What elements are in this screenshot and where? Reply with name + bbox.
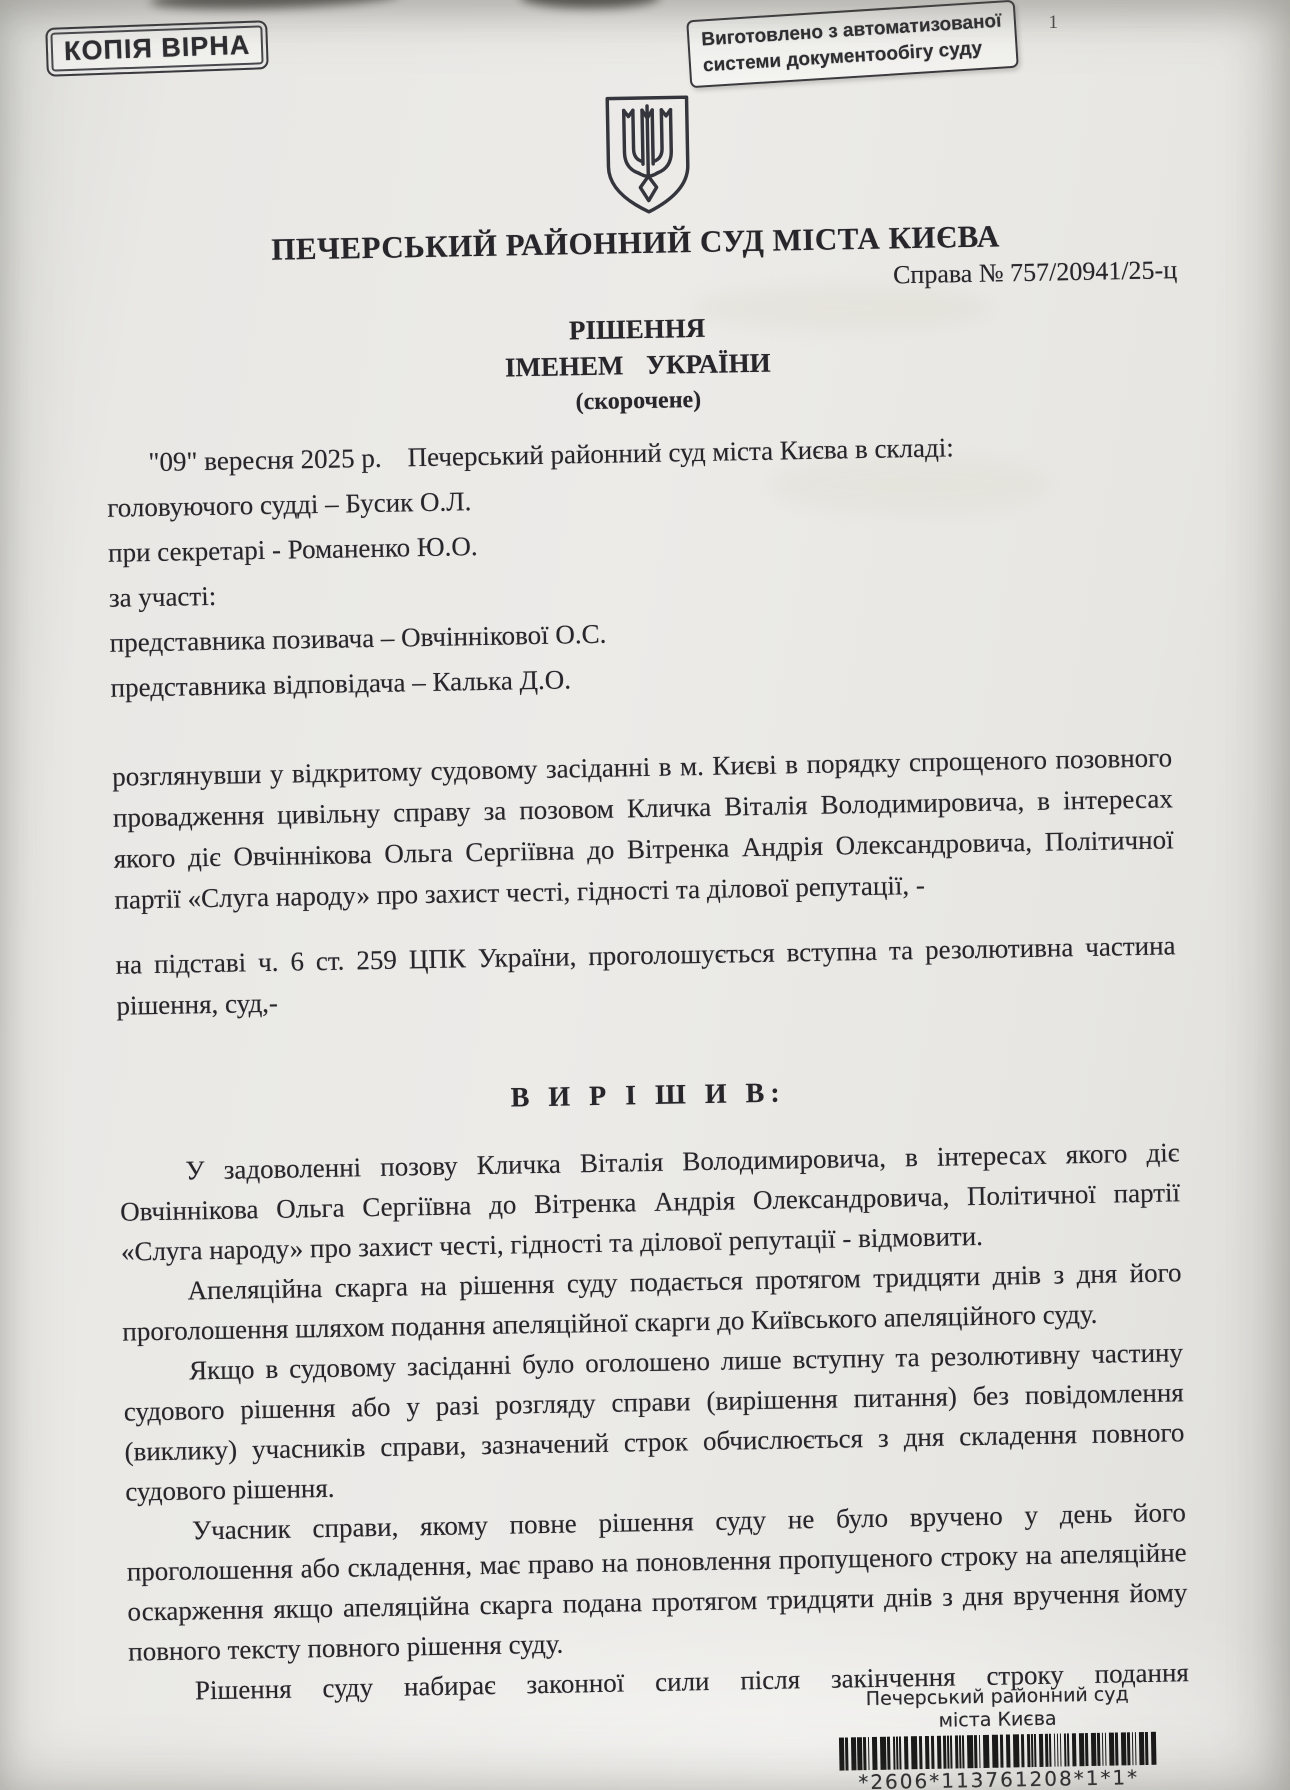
barcode-bar bbox=[1085, 1733, 1089, 1766]
barcode-bar bbox=[1121, 1732, 1126, 1765]
barcode-bar bbox=[1151, 1732, 1156, 1765]
document-title: РІШЕННЯ ІМЕНЕМ УКРАЇНИ (скорочене) bbox=[0, 299, 1284, 431]
barcode-bar bbox=[974, 1735, 978, 1768]
decided-heading: В И Р І Ш И В: bbox=[118, 1065, 1179, 1125]
barcode-bar bbox=[1104, 1733, 1106, 1766]
barcode-bar bbox=[1020, 1734, 1024, 1767]
decision-date: "09" вересня 2025 р. bbox=[148, 443, 382, 477]
barcode-bar bbox=[1064, 1733, 1066, 1766]
barcode-bar bbox=[1053, 1734, 1055, 1767]
barcode-bar bbox=[942, 1736, 946, 1769]
barcode-bar bbox=[899, 1736, 901, 1769]
barcode-bar bbox=[1127, 1732, 1131, 1765]
barcode-bar bbox=[936, 1736, 941, 1769]
barcode-bar bbox=[893, 1737, 895, 1770]
scanned-court-document-page: { "page": { "number": "1" }, "stamps": {… bbox=[0, 0, 1290, 1790]
decision-paragraph: Учасник справи, якому повне рішення суду… bbox=[126, 1492, 1189, 1671]
barcode-bar bbox=[1067, 1733, 1069, 1766]
barcode-bar bbox=[1049, 1734, 1051, 1767]
decision-paragraph: У задоволенні позову Кличка Віталія Воло… bbox=[119, 1132, 1181, 1271]
barcode-bar bbox=[896, 1737, 898, 1770]
barcode-bar bbox=[1026, 1734, 1030, 1767]
barcode-bar bbox=[1079, 1733, 1084, 1766]
barcode-bar bbox=[966, 1735, 973, 1768]
barcode-bar bbox=[999, 1735, 1003, 1768]
barcode-bar bbox=[863, 1737, 867, 1770]
barcode-bar bbox=[1131, 1732, 1133, 1765]
barcode-bar bbox=[1097, 1733, 1101, 1766]
barcode-bar bbox=[845, 1737, 849, 1770]
barcode-bar bbox=[1013, 1734, 1020, 1767]
document-content: ПЕЧЕРСЬКИЙ РАЙОННИЙ СУД МІСТА КИЄВА Спра… bbox=[0, 0, 1290, 1714]
barcode-bar bbox=[947, 1736, 949, 1769]
barcode-bar bbox=[1109, 1733, 1114, 1766]
barcode-bar bbox=[1034, 1734, 1036, 1767]
barcode-bar bbox=[1091, 1733, 1096, 1766]
barcode-bar bbox=[978, 1735, 980, 1768]
barcode-bar bbox=[924, 1736, 929, 1769]
legal-basis-paragraph: на підставі ч. 6 ст. 259 ЦПК України, пр… bbox=[115, 925, 1176, 1026]
barcode-bar bbox=[983, 1735, 990, 1768]
court-composition-intro: Печерський районний суд міста Києва в ск… bbox=[407, 432, 954, 472]
decision-body: розглянувши у відкритому судовому засіда… bbox=[0, 735, 1290, 1713]
barcode-bar bbox=[1071, 1733, 1076, 1766]
barcode-bar bbox=[950, 1736, 952, 1769]
barcode-bar bbox=[930, 1736, 934, 1769]
barcode-bar bbox=[1134, 1732, 1136, 1765]
barcode-bar bbox=[867, 1737, 869, 1770]
case-review-paragraph: розглянувши у відкритому судовому засіда… bbox=[112, 737, 1175, 920]
barcode-bar bbox=[1038, 1734, 1043, 1767]
barcode-bar bbox=[879, 1737, 886, 1770]
barcode-bar bbox=[903, 1736, 908, 1769]
barcode-bar bbox=[1044, 1734, 1048, 1767]
barcode-bar bbox=[857, 1737, 862, 1770]
barcode-bar bbox=[1115, 1732, 1119, 1765]
barcode-bar bbox=[992, 1735, 999, 1768]
copy-certified-stamp: КОПІЯ ВІРНА bbox=[45, 20, 269, 77]
barcode-bar bbox=[851, 1737, 856, 1770]
barcode-bar bbox=[887, 1737, 891, 1770]
ukraine-trident-emblem bbox=[601, 94, 695, 216]
barcode-bar bbox=[962, 1735, 964, 1768]
court-composition-block: "09" вересня 2025 р.Печерський районний … bbox=[0, 419, 1289, 713]
barcode-bar bbox=[1139, 1732, 1144, 1765]
barcode-bar bbox=[872, 1737, 877, 1770]
footer-registration-block: Печерський районний суд міста Києва *260… bbox=[717, 1681, 1279, 1790]
barcode-bar bbox=[839, 1738, 844, 1771]
barcode-bar bbox=[918, 1736, 922, 1769]
decision-paragraph: Якщо в судовому засіданні було оголошено… bbox=[123, 1332, 1186, 1511]
barcode-bar bbox=[911, 1736, 918, 1769]
barcode-bar bbox=[1056, 1734, 1058, 1767]
barcode-bar bbox=[954, 1735, 958, 1768]
barcode-bar bbox=[1031, 1734, 1033, 1767]
barcode-bar bbox=[1145, 1732, 1149, 1765]
barcode-bar bbox=[1005, 1734, 1010, 1767]
barcode-bar bbox=[1059, 1734, 1061, 1767]
barcode-bar bbox=[1101, 1733, 1103, 1766]
decision-paragraphs: У задоволенні позову Кличка Віталія Воло… bbox=[119, 1132, 1189, 1711]
page-number: 1 bbox=[1049, 12, 1059, 34]
barcode-bar bbox=[959, 1735, 961, 1768]
